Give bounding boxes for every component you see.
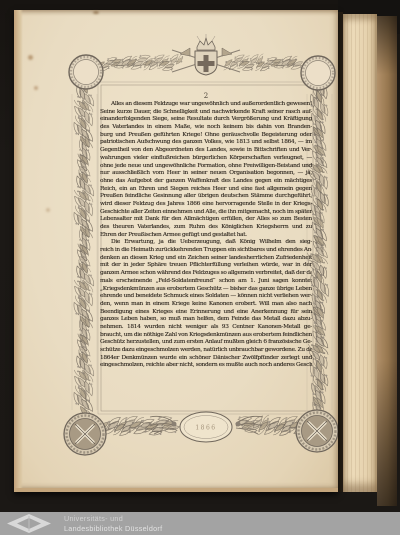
- text-line: den, wenn man in einem Kriege keine Kano…: [100, 301, 312, 309]
- text-line: burg und Preußen geführten Kriege! Ohne …: [100, 132, 312, 140]
- text-line: des theuren Vaterlandes, zum Ruhm des Kö…: [100, 224, 312, 232]
- text-line: patriotischen Aufschwung des ganzen Volk…: [100, 139, 312, 147]
- text-line: Gegentheil von den Abgeordneten des Land…: [100, 147, 312, 155]
- sword-medallion-bottom-right: [296, 410, 338, 452]
- text-line: ganzen Armee schon während des Feldzuges…: [100, 270, 312, 278]
- text-line: ehrende und beneidete Schmuck eines Sold…: [100, 293, 312, 301]
- text-line: „Kriegsdenkmünzen aus erobertem Geschütz…: [100, 286, 312, 294]
- text-line: ohne das Aufgebot der ganzen Waffenkraft…: [100, 178, 312, 186]
- text-block: Alles an diesem Feldzuge war ungewöhnlic…: [100, 101, 312, 370]
- text-line: braucht, um die nöthige Zahl von Kriegsd…: [100, 332, 312, 340]
- library-name-line2: Landesbibliothek Düsseldorf: [64, 524, 162, 534]
- corner-wreath-ring-top-right: [301, 56, 335, 90]
- crown-icon: [197, 38, 215, 50]
- text-line: Geschütz herzustellen, und zum ersten An…: [100, 339, 312, 347]
- text-line: eingeschmolzen, reichte aber nicht, sond…: [100, 362, 312, 370]
- garland-left: [73, 80, 94, 420]
- medallion-year: 1866: [195, 425, 216, 432]
- text-line: Reich, ein an Ehren und Siegen reiches H…: [100, 186, 312, 194]
- foxing-spot: [28, 55, 33, 60]
- text-line: nur ausschließlich vom Heer in seiner ne…: [100, 170, 312, 178]
- crest-ornament: [172, 34, 240, 75]
- text-line: schütze dazu eingeschmolzen werden, natü…: [100, 347, 312, 355]
- text-line: wird dieser Feldzug des Jahres 1866 eine…: [100, 201, 312, 209]
- book-fore-edge: [377, 16, 397, 506]
- library-name: Universitäts- und Landesbibliothek Düsse…: [64, 514, 162, 533]
- text-line: wahrungen vieler einflußreichen bürgerli…: [100, 155, 312, 163]
- text-line: einanderfolgenden Siege, seine Resultate…: [100, 116, 312, 124]
- foxing-spot: [46, 208, 50, 212]
- text-line: Alles an diesem Feldzuge war ungewöhnlic…: [100, 101, 312, 109]
- corner-wreath-ring-top-left: [69, 55, 103, 89]
- text-line: nehmen. 1814 wurden nicht weniger als 93…: [100, 324, 312, 332]
- text-line: des Vaterlandes in einem Maße, wie noch …: [100, 124, 312, 132]
- text-line: Preußen feindliche Gesinnung aller übrig…: [100, 193, 312, 201]
- foxing-spot: [93, 11, 99, 14]
- text-line: Ehren der Preußischen Armee gefügt und g…: [100, 232, 312, 240]
- text-line: reich in die Heimath zurückkehrenden Tru…: [100, 247, 312, 255]
- text-line: mals erscheinende „Feld-Soldatenfreund“ …: [100, 278, 312, 286]
- foxing-spot: [34, 86, 38, 90]
- page-number: 2: [100, 92, 312, 100]
- text-line: denken an diesen Krieg und ein Zeichen s…: [100, 255, 312, 263]
- text-line: mit der in jeder Sphäre treuen Pflichter…: [100, 262, 312, 270]
- scan-viewport: 1866 2 Alles an diesem Feldzuge war unge…: [0, 0, 400, 535]
- library-logo-icon: [7, 514, 51, 533]
- text-line: ganzes Leben haben, so muß man helfen, d…: [100, 316, 312, 324]
- text-line: Beendigung eines Krieges eine Erinnerung…: [100, 309, 312, 317]
- text-line: ohne jede neue und ungewöhnliche Formati…: [100, 163, 312, 171]
- paragraph: Die Erwartung, ja die Ueberzeugung, daß …: [100, 239, 312, 370]
- library-name-line1: Universitäts- und: [64, 514, 162, 524]
- text-line: 1864er Denkmünzen wurde ein schöner Däni…: [100, 355, 312, 363]
- paragraph: Alles an diesem Feldzuge war ungewöhnlic…: [100, 101, 312, 239]
- sword-medallion-bottom-left: [64, 413, 106, 455]
- watermark-bar: Universitäts- und Landesbibliothek Düsse…: [0, 512, 400, 535]
- text-line: Die Erwartung, ja die Ueberzeugung, daß …: [100, 239, 312, 247]
- book-page: 1866 2 Alles an diesem Feldzuge war unge…: [14, 10, 338, 492]
- page-stack-edge: [343, 14, 377, 492]
- text-line: Geschichte aller Zeiten einnehmen und Al…: [100, 209, 312, 217]
- text-line: Lebensalter mit Dank für den Allmächtige…: [100, 216, 312, 224]
- text-line: Seine kurze Dauer, die Schnelligkeit und…: [100, 109, 312, 117]
